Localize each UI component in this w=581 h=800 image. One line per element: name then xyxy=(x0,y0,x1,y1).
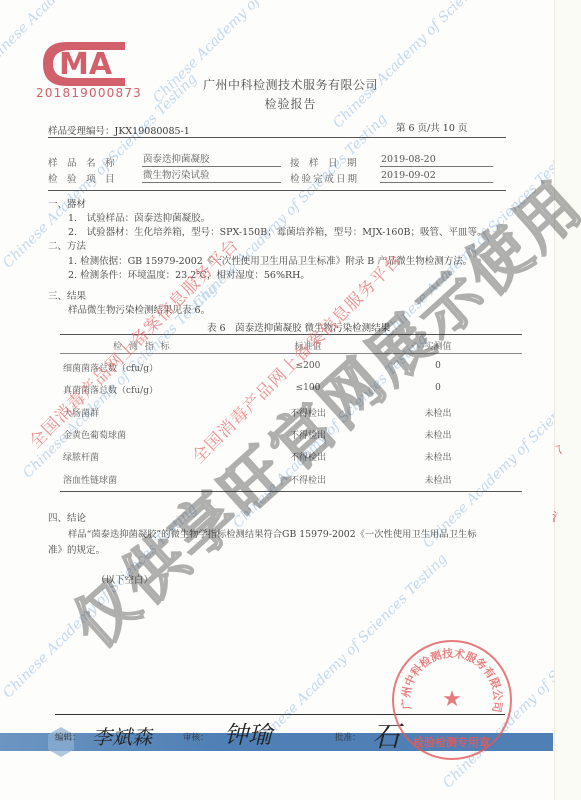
table-cell: 溶血性链球菌 xyxy=(63,473,117,486)
sample-id: 样品受理编号：JKX19080085-1 xyxy=(48,123,190,137)
method-item: 1. 检测依据：GB 15979-2002《一次性使用卫生用品卫生标准》附录 B… xyxy=(68,256,472,268)
sample-name-value: 茵泰迭抑菌凝胶 xyxy=(142,154,281,167)
table-cell: 绿脓杆菌 xyxy=(63,450,99,463)
table-cell: 金黄色葡萄球菌 xyxy=(63,428,126,441)
seal-bottom-text: 检验检测专用章 xyxy=(413,734,490,750)
seam-seal-mark: 氵 xyxy=(552,508,564,525)
header-rule xyxy=(48,137,506,138)
sample-name-label: 样 品 名 称 xyxy=(48,155,115,169)
company-name: 广州中科检测技术服务有限公司 xyxy=(0,76,581,93)
section-method-heading: 二、方法 xyxy=(48,241,86,253)
table-cell: 未检出 xyxy=(398,450,478,463)
section-equipment-heading: 一、器材 xyxy=(48,199,86,211)
page-edge-strip xyxy=(554,0,581,800)
test-item-label: 检 验 项 目 xyxy=(48,171,115,185)
editor-label: 编辑： xyxy=(55,731,81,743)
equipment-item: 2. 试验器材：生化培养箱，型号：SPX-150B；霉菌培养箱，型号：MJX-1… xyxy=(68,227,487,239)
seam-seal-mark: ㄟ xyxy=(552,440,564,457)
receive-date-label: 接 样 日 期 xyxy=(290,155,357,169)
reviewer-signature: 钟瑜 xyxy=(224,715,272,750)
sample-id-label: 样品受理编号： xyxy=(48,126,115,137)
document-title: 检验报告 xyxy=(0,95,581,112)
receive-date-value: 2019-08-20 xyxy=(380,154,493,167)
reviewer-label: 审核： xyxy=(183,731,209,743)
section-results-heading: 三、结果 xyxy=(48,291,86,303)
test-item-value: 微生物污染试验 xyxy=(142,170,281,183)
table-cell: 未检出 xyxy=(398,406,478,419)
page-info: 第 6 页/共 10 页 xyxy=(396,120,467,134)
equipment-item: 1. 试验样品：茵泰迭抑菌凝胶。 xyxy=(68,213,210,225)
info-rule xyxy=(48,190,506,191)
table-cell: 未检出 xyxy=(398,428,478,441)
sample-id-value: JKX19080085-1 xyxy=(115,126,190,137)
results-intro: 样品微生物污染检测结果见表 6。 xyxy=(68,305,210,317)
table-cell: 未检出 xyxy=(398,473,478,486)
complete-date-label: 检验完成日期 xyxy=(290,171,359,185)
section-conclusion-heading: 四、结论 xyxy=(48,513,86,525)
editor-signature: 李斌森 xyxy=(92,721,152,750)
complete-date-value: 2019-09-02 xyxy=(380,170,493,183)
approver-label: 批准： xyxy=(335,731,361,743)
svg-text:★: ★ xyxy=(442,687,462,712)
